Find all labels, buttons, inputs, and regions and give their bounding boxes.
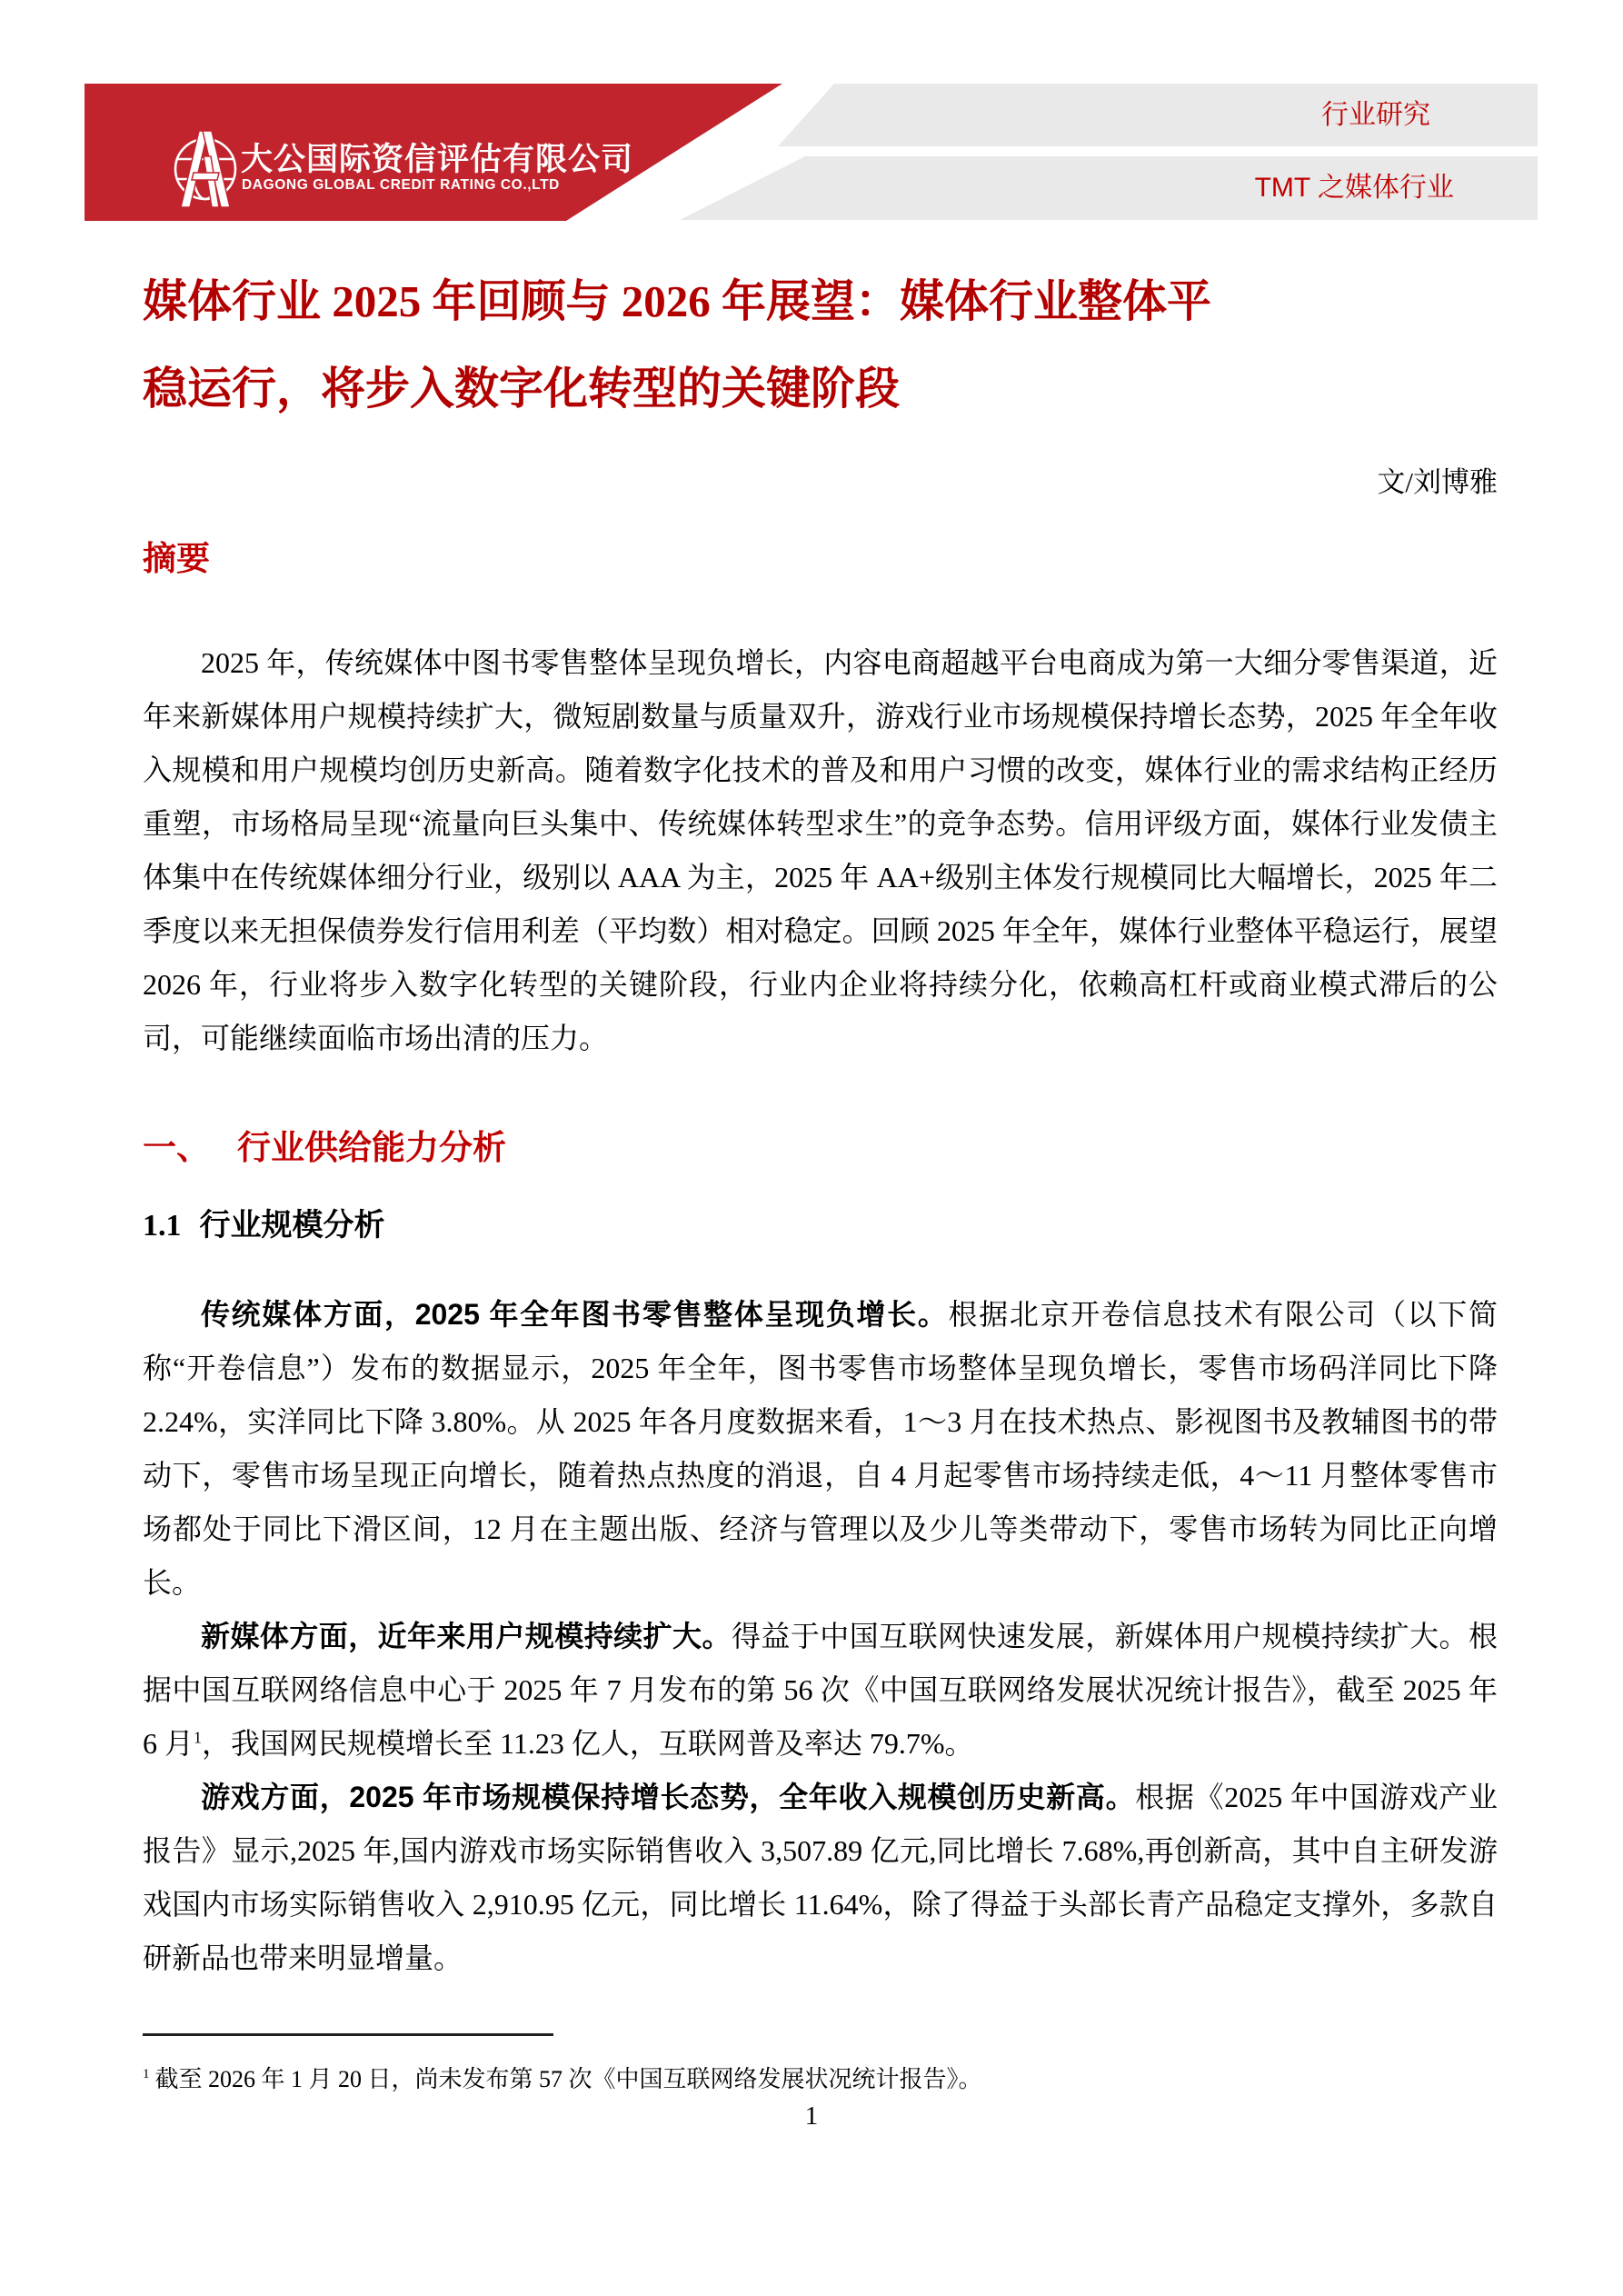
paragraph-gaming: 游戏方面，2025 年市场规模保持增长态势，全年收入规模创历史新高。根据《202… [143, 1771, 1498, 1985]
section-1-heading: 一、行业供给能力分析 [143, 1120, 506, 1169]
section-1-title: 行业供给能力分析 [237, 1129, 506, 1166]
report-title: 媒体行业 2025 年回顾与 2026 年展望：媒体行业整体平 稳运行，将步入数… [143, 258, 1506, 433]
footnote-1-text: 截至 2026 年 1 月 20 日，尚未发布第 57 次《中国互联网络发展状况… [155, 2066, 982, 2092]
section-1-1-number: 1.1 [143, 1209, 182, 1243]
logo-banner: 大公国际资信评估有限公司 DAGONG GLOBAL CREDIT RATING… [85, 84, 782, 221]
report-title-line1: 媒体行业 2025 年回顾与 2026 年展望：媒体行业整体平 [143, 258, 1506, 345]
abstract-paragraph: 2025 年，传统媒体中图书零售整体呈现负增长，内容电商超越平台电商成为第一大细… [143, 636, 1498, 1065]
company-name-en: DAGONG GLOBAL CREDIT RATING CO.,LTD [242, 177, 560, 194]
paragraph-gaming-lead: 游戏方面，2025 年市场规模保持增长态势，全年收入规模创历史新高。 [201, 1781, 1135, 1813]
paragraph-traditional-media-body: 根据北京开卷信息技术有限公司（以下简称“开卷信息”）发布的数据显示，2025 年… [143, 1298, 1498, 1599]
industry-tag: TMT 之媒体行业 [680, 156, 1538, 220]
footnote-divider [143, 2033, 553, 2036]
footnote-reference-1: 1 [194, 1728, 202, 1746]
section-1-1-heading: 1.1行业规模分析 [143, 1200, 385, 1244]
paragraph-traditional-media-lead: 传统媒体方面，2025 年全年图书零售整体呈现负增长。 [201, 1298, 949, 1331]
author-byline: 文/刘博雅 [143, 459, 1498, 500]
paragraph-new-media-lead: 新媒体方面，近年来用户规模持续扩大。 [201, 1620, 732, 1652]
section-1-number: 一、 [143, 1129, 210, 1166]
report-type-tag: 行业研究 [778, 84, 1538, 146]
footnote-1-marker: 1 [143, 2067, 150, 2081]
report-title-line2: 稳运行，将步入数字化转型的关键阶段 [143, 345, 1506, 433]
company-name-zh: 大公国际资信评估有限公司 [241, 135, 633, 180]
section-1-1-title: 行业规模分析 [200, 1208, 385, 1243]
paragraph-new-media-body-2: ，我国网民规模增长至 11.23 亿人，互联网普及率达 79.7%。 [202, 1727, 973, 1760]
paragraph-new-media: 新媒体方面，近年来用户规模持续扩大。得益于中国互联网快速发展，新媒体用户规模持续… [143, 1610, 1498, 1771]
abstract-heading: 摘要 [143, 531, 210, 580]
footnote-1: 1截至 2026 年 1 月 20 日，尚未发布第 57 次《中国互联网络发展状… [143, 2061, 1498, 2098]
report-page: 大公国际资信评估有限公司 DAGONG GLOBAL CREDIT RATING… [0, 0, 1623, 2296]
page-number: 1 [0, 2101, 1623, 2131]
paragraph-traditional-media: 传统媒体方面，2025 年全年图书零售整体呈现负增长。根据北京开卷信息技术有限公… [143, 1288, 1498, 1610]
dagong-globe-logo-icon [172, 125, 239, 213]
